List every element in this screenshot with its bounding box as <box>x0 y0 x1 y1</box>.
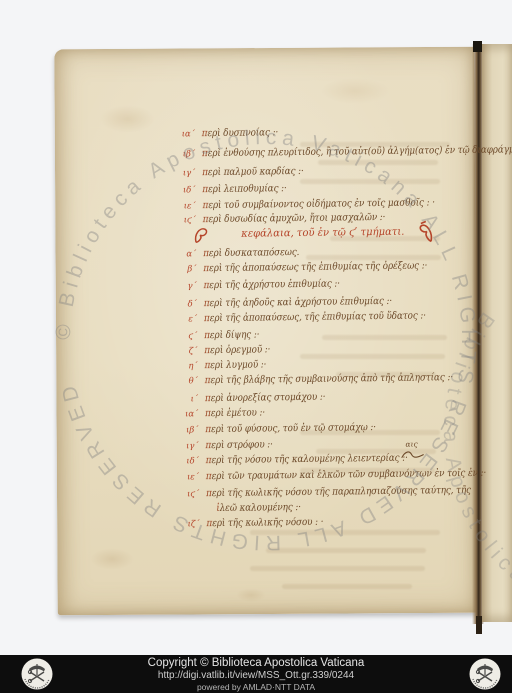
chapter-number: ιγ´ <box>170 167 195 179</box>
red-ornament-right <box>417 220 435 244</box>
chapter-title: περὶ τῆς ἀηδοῦς καὶ ἀχρήστου ἐπιθυμίας :… <box>204 296 392 310</box>
chapter-line: β´περὶ τῆς ἀποπαύσεως τῆς ἐπιθυμίας τῆς … <box>171 260 458 275</box>
chapter-number: ϛ´ <box>172 330 197 342</box>
chapter-line: ε´περὶ τῆς ἀποπαύσεως, τῆς ἐπιθυμίας τοῦ… <box>172 310 456 325</box>
chapter-line: ιε´περὶ τοῦ συμβαίνοντος οἰδήματος ἐν το… <box>171 197 467 213</box>
chapter-title: περὶ τῆς ἀχρήστου ἐπιθυμίας :· <box>204 279 341 293</box>
chapter-line-continuation: ἰλεῶ καλουμένης :· <box>174 502 312 516</box>
manuscript-text-layer: ια´περὶ δυσπνοίας :· ιβ´περὶ ἐνθούσης πλ… <box>0 0 512 644</box>
chapter-title: περὶ ἀνορεξίας στομάχου :· <box>205 392 326 405</box>
chapter-line: ιγ´περὶ στρόφου :· <box>173 439 282 452</box>
chapter-title: περὶ τῶν τραυμάτων καὶ ἑλκῶν τῶν συμβαιν… <box>206 468 486 483</box>
chapter-title: περὶ τοῦ φύσους, τοῦ ἐν τῷ στομάχῳ :· <box>205 422 376 436</box>
chapter-line: ια´περὶ ἐμέτου :· <box>173 407 273 420</box>
footer-copyright: Copyright © Biblioteca Apostolica Vatica… <box>148 657 365 670</box>
chapter-number: ι´ <box>173 393 198 405</box>
chapter-title: περὶ τῆς κωλικῆς νόσου : · <box>206 517 323 530</box>
chapter-title: περὶ τῆς ἀποπαύσεως, τῆς ἐπιθυμίας τοῦ ὕ… <box>204 310 426 325</box>
chapter-number: ιβ´ <box>173 424 198 436</box>
chapter-number: ε´ <box>172 313 197 325</box>
chapter-line: ιβ´περὶ ἐνθούσης πλευρίτιδος, ἢ τοῦ αὐτ(… <box>170 143 512 160</box>
chapter-title: περὶ τοῦ συμβαίνοντος οἰδήματος ἐν τοῖς … <box>203 197 435 212</box>
chapter-line: ϛ´περὶ δίψης :· <box>172 329 267 342</box>
chapter-number: γ´ <box>172 280 197 292</box>
chapter-number: δ´ <box>172 298 197 310</box>
chapter-number: ιγ´ <box>173 440 198 452</box>
chapter-line: ιζ´περὶ τῆς κωλικῆς νόσου : · <box>174 517 339 531</box>
chapter-line: ιϛ´περὶ τῆς κωλικῆς νόσου τῆς παραπλησια… <box>174 484 507 500</box>
chapter-number: ιϛ´ <box>174 488 199 500</box>
chapter-line: ζ´περὶ ὀρεγμοῦ :· <box>172 344 279 357</box>
chapter-title: περὶ λυγμοῦ :· <box>204 359 266 372</box>
chapter-number: ια´ <box>173 408 198 420</box>
chapter-line: ιβ´περὶ τοῦ φύσους, τοῦ ἐν τῷ στομάχῳ :· <box>173 422 399 437</box>
chapter-title: περὶ τῆς νόσου τῆς καλουμένης λειεντερία… <box>206 453 408 467</box>
chapter-number: ιδ´ <box>174 455 199 467</box>
chapter-title: περὶ λειποθυμίας :· <box>202 183 286 196</box>
chapter-title: περὶ ἐμέτου :· <box>205 407 265 420</box>
chapter-title: περὶ παλμοῦ καρδίας :· <box>202 166 304 179</box>
chapter-line: ια´περὶ δυσπνοίας :· <box>170 127 289 140</box>
chapter-line: ιγ´περὶ παλμοῦ καρδίας :· <box>170 166 318 180</box>
chapter-line: η´περὶ λυγμοῦ :· <box>172 359 274 372</box>
vatican-library-seal-left <box>20 657 54 691</box>
chapter-number: α´ <box>171 248 196 260</box>
footer-powered-by: powered by AMLAD·NTT DATA <box>197 682 315 692</box>
chapter-number: ια´ <box>170 128 195 140</box>
footer-url: http://digi.vatlib.it/view/MSS_Ott.gr.33… <box>158 670 354 682</box>
chapter-number: ιδ´ <box>170 184 195 196</box>
chapter-title: περὶ τῆς ἀποπαύσεως τῆς ἐπιθυμίας τῆς ὀρ… <box>203 260 427 275</box>
chapter-line: ιε´περὶ τῶν τραυμάτων καὶ ἑλκῶν τῶν συμβ… <box>174 467 512 483</box>
marginal-note: αις <box>405 440 417 449</box>
chapter-line: γ´περὶ τῆς ἀχρήστου ἐπιθυμίας :· <box>172 278 359 292</box>
chapter-line: δ´περὶ τῆς ἀηδοῦς καὶ ἀχρήστου ἐπιθυμίας… <box>172 296 418 311</box>
vatican-library-seal-right <box>468 657 502 691</box>
chapter-number: ιε´ <box>174 471 199 483</box>
chapter-number: ιβ´ <box>170 148 195 160</box>
footer-bar: Copyright © Biblioteca Apostolica Vatica… <box>0 655 512 693</box>
chapter-number: ιζ´ <box>174 518 199 530</box>
chapter-title: περὶ δυσπνοίας :· <box>202 127 279 140</box>
chapter-line: ιδ´περὶ λειποθυμίας :· <box>170 183 298 197</box>
chapter-title: περὶ τῆς βλάβης τῆς συμβαινούσης ἀπὸ τῆς… <box>205 372 453 387</box>
chapter-number: β´ <box>171 263 196 275</box>
marginal-flourish <box>400 448 426 460</box>
chapter-number: η´ <box>172 360 197 372</box>
chapter-title: περὶ ὀρεγμοῦ :· <box>204 344 270 357</box>
chapter-title: περὶ ἐνθούσης πλευρίτιδος, ἢ τοῦ αὐτ(οῦ)… <box>202 144 512 160</box>
chapter-number: ζ´ <box>172 345 197 357</box>
chapter-line: θ´περὶ τῆς βλάβης τῆς συμβαινούσης ἀπὸ τ… <box>173 372 487 388</box>
chapter-number: ιε´ <box>171 200 196 212</box>
section-heading: κεφάλαια, τοῦ ἐν τῷ ϛʹ τμήματι. <box>205 225 441 240</box>
chapter-title: περὶ δυσωδίας ἀμυχῶν, ἤτοι μασχαλῶν :· <box>203 212 386 226</box>
chapter-title: ἰλεῶ καλουμένης :· <box>216 502 301 515</box>
chapter-line: α´περὶ δυσκαταπόσεως. <box>171 247 312 261</box>
chapter-title: περὶ δίψης :· <box>204 329 259 342</box>
chapter-title: περὶ στρόφου :· <box>205 439 272 452</box>
chapter-title: περὶ τῆς κωλικῆς νόσου τῆς παραπλησιαζού… <box>206 485 471 500</box>
chapter-line: ιδ´περὶ τῆς νόσου τῆς καλουμένης λειεντε… <box>174 452 436 467</box>
chapter-title: περὶ δυσκαταπόσεως. <box>203 247 299 260</box>
chapter-number: θ´ <box>173 375 198 387</box>
chapter-line: ι´περὶ ἀνορεξίας στομάχου :· <box>173 391 342 405</box>
